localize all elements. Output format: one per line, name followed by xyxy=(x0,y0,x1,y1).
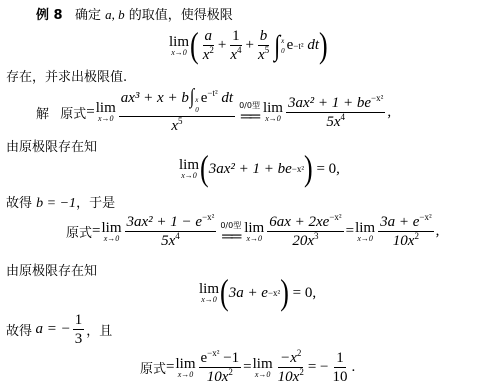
text2: 故得 b = −1，于是 xyxy=(6,192,115,212)
integrand: e xyxy=(287,37,294,54)
solution-label: 解 xyxy=(36,103,49,122)
solution-step2: 原式= limx→0 3ax² + 1 − e−x²5x4 0/0型══ lim… xyxy=(66,214,439,249)
integral-limits: x0 xyxy=(281,36,285,56)
solution-step3: 原式= limx→0 e−x² −110x2 =limx→0 −x210x2 =… xyxy=(140,350,355,385)
fraction-step1: ax³ + x + b∫x0e−t² dt x5 xyxy=(119,90,235,134)
lim-operator: limx→0 xyxy=(96,101,116,123)
b-value: b = −1 xyxy=(36,196,76,212)
lhopital-equals: 0/0型══ xyxy=(239,101,260,123)
text4: 故得 a = − 13 ，且 xyxy=(6,312,112,347)
example-label: 例 8 xyxy=(36,8,63,23)
condition1: limx→0 (3ax² + 1 + be−x²) = 0, xyxy=(178,158,340,180)
fraction-term2: 1x4 xyxy=(228,28,243,63)
text3: 由原极限存在知 xyxy=(6,260,97,279)
lhopital-equals: 0/0型══ xyxy=(220,221,241,243)
orig-label: 原式 xyxy=(66,222,92,241)
statement-pre: 确定 xyxy=(75,8,101,23)
fraction-term3: bx5 xyxy=(256,28,271,63)
fraction-a: 13 xyxy=(73,312,85,347)
lim-operator: limx→0 xyxy=(169,35,189,57)
differential: dt xyxy=(307,37,319,54)
fraction-result: 110 xyxy=(331,350,350,385)
limit-expression: limx→0 ( ax2 + 1x4 + bx5 ∫ x0 e−t² dt ) xyxy=(168,28,328,63)
left-paren: ( xyxy=(190,32,199,60)
statement-end: 存在，并求出极限值. xyxy=(6,66,127,85)
a-value: a = − xyxy=(36,321,71,338)
punct: , xyxy=(387,104,391,121)
fraction-step2a: 3ax² + 1 − e−x²5x4 xyxy=(125,214,217,249)
fraction-step2b: 6ax + 2xe−x²20x3 xyxy=(267,214,343,249)
statement-post: 的取值，使得极限 xyxy=(129,8,233,23)
fraction-term1: ax2 xyxy=(201,28,216,63)
lim-operator: limx→0 xyxy=(179,158,199,180)
fraction-step2c: 3a + e−x²10x2 xyxy=(378,214,434,249)
orig-label: 原式 xyxy=(140,358,166,377)
condition2: limx→0 (3a + e−x²) = 0, xyxy=(198,282,316,304)
fraction-step3b: −x210x2 xyxy=(276,350,306,385)
fraction-step1b: 3ax² + 1 + be−x² 5x4 xyxy=(286,95,385,130)
integral-sign: ∫ xyxy=(274,29,280,63)
orig-label: 原式 xyxy=(60,103,86,122)
text1: 由原极限存在知 xyxy=(6,136,97,155)
solution-step1: 解 原式= limx→0 ax³ + x + b∫x0e−t² dt x5 0/… xyxy=(36,90,391,134)
variables: a, b xyxy=(105,7,125,22)
lim-operator: limx→0 xyxy=(263,101,283,123)
right-paren: ) xyxy=(319,32,328,60)
problem-statement: 例 8 确定 a, b 的取值，使得极限 xyxy=(36,4,233,23)
fraction-step3a: e−x² −110x2 xyxy=(199,350,242,385)
